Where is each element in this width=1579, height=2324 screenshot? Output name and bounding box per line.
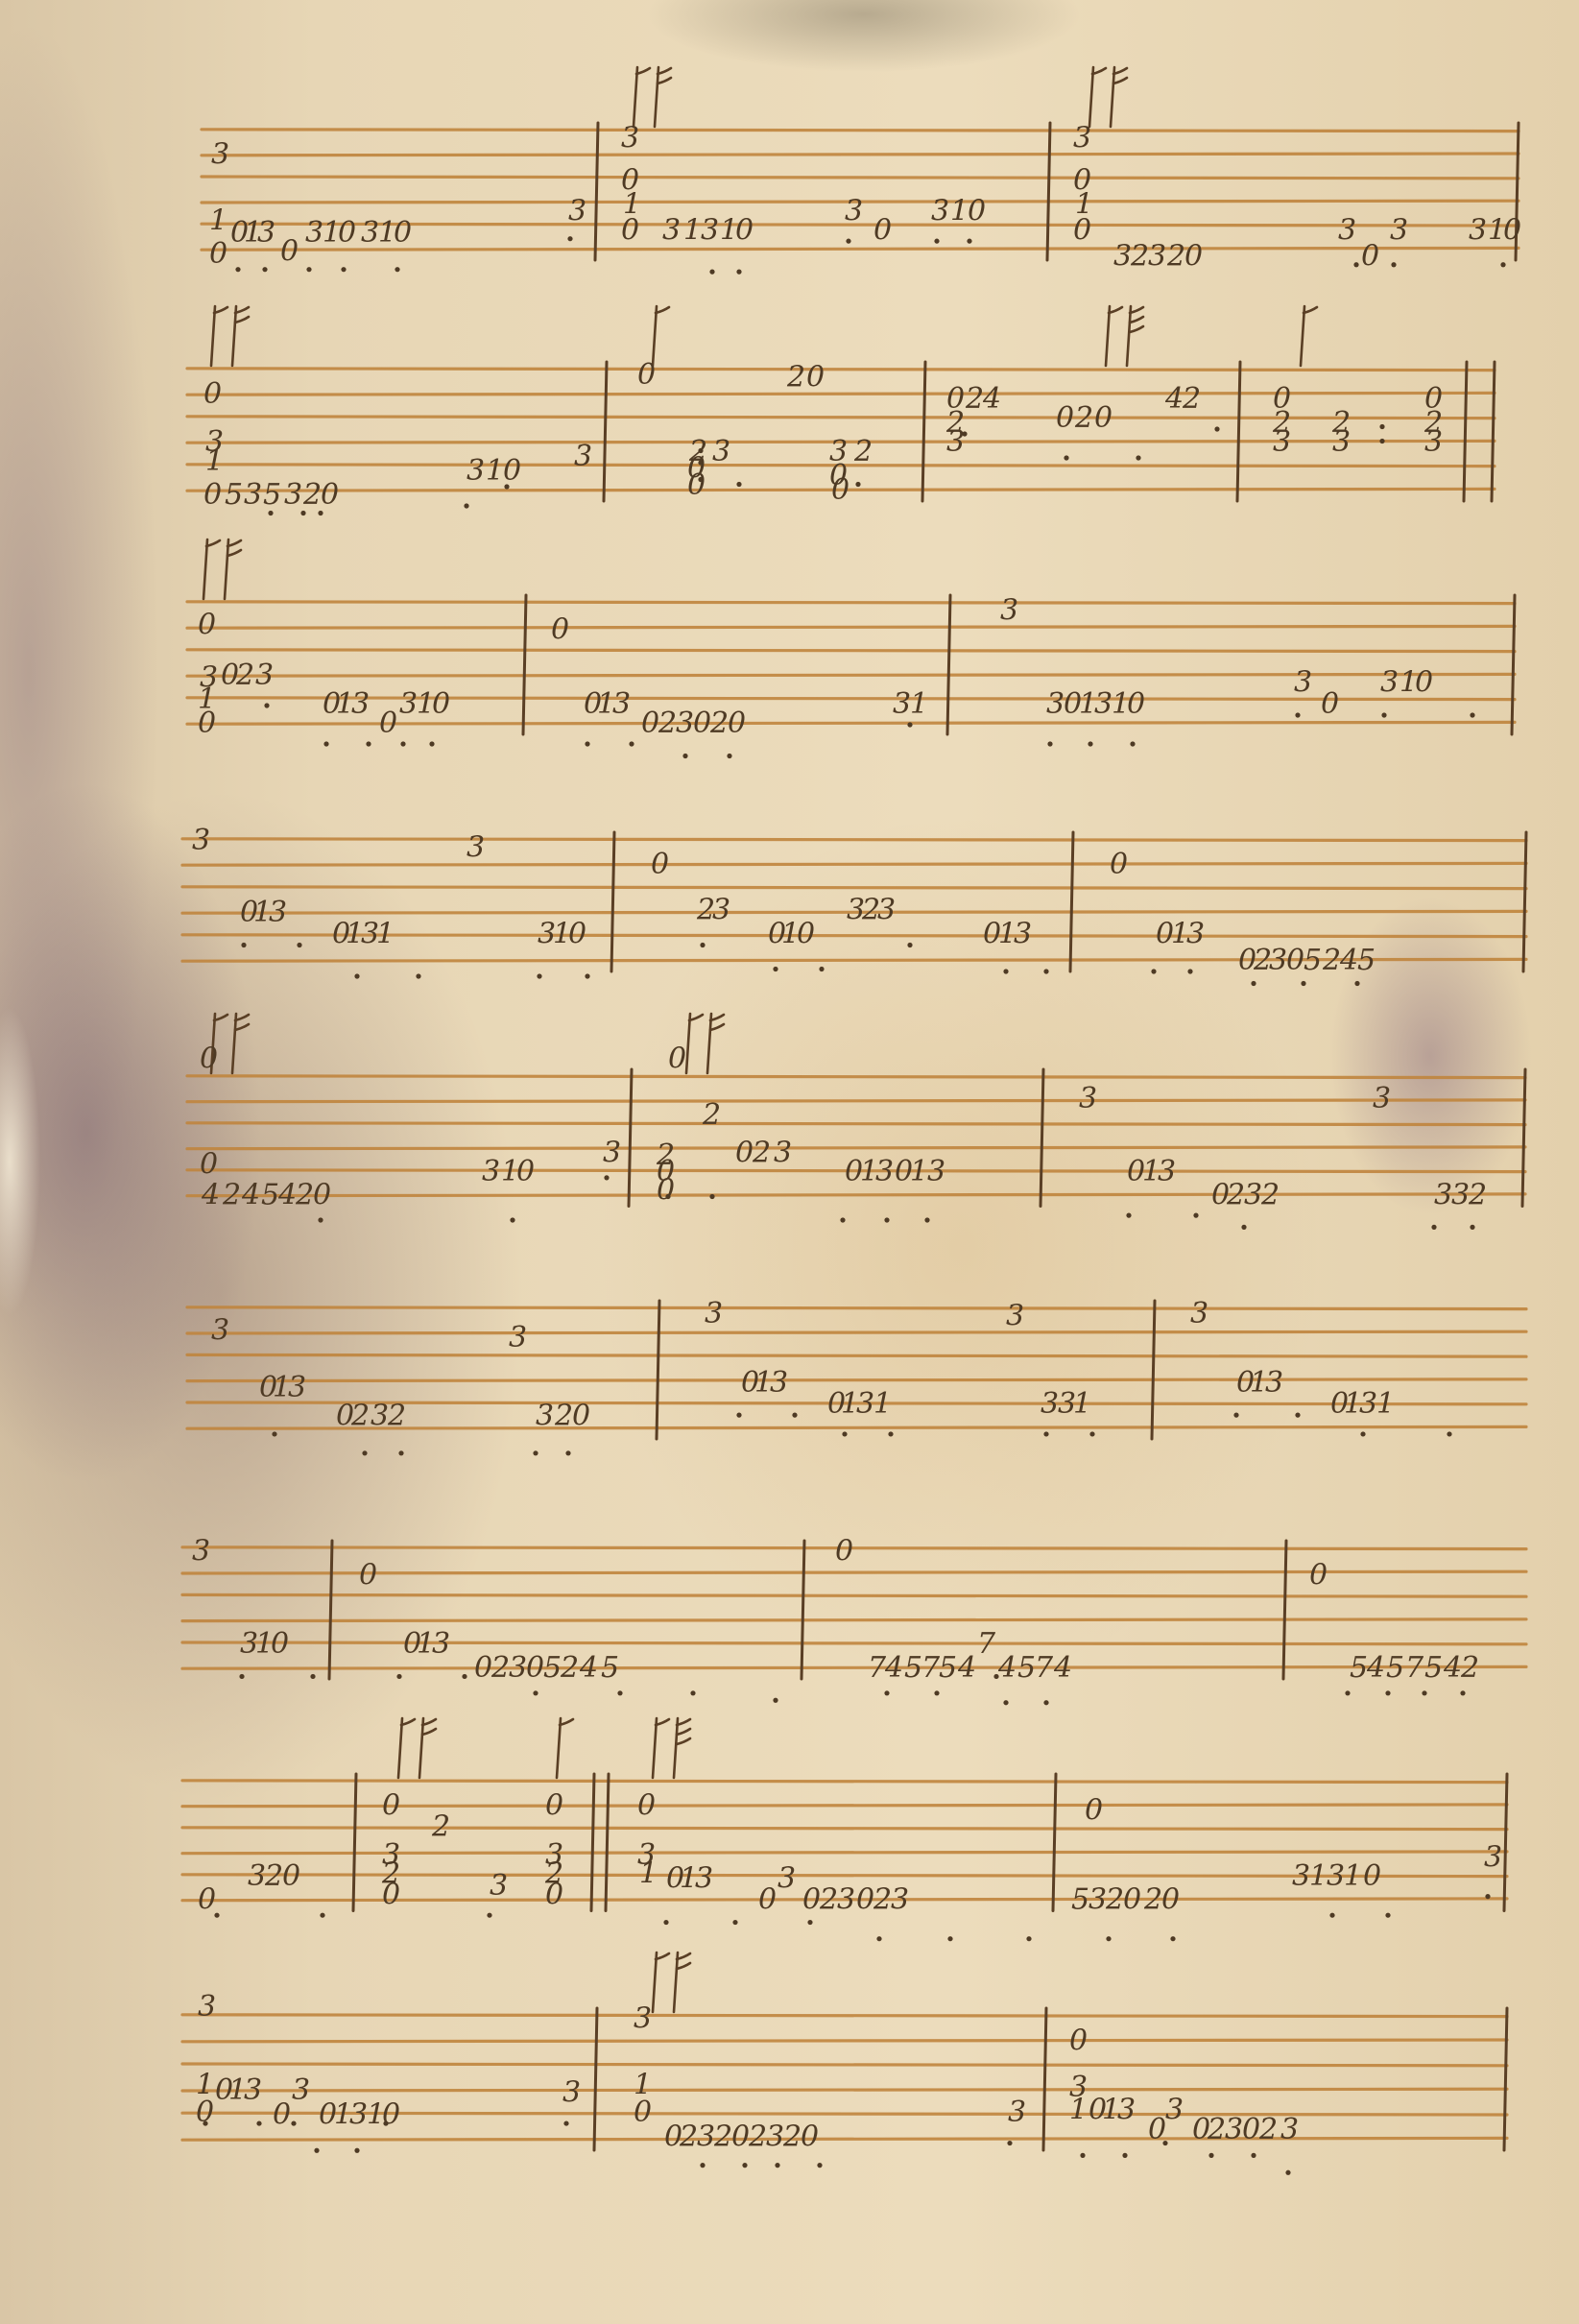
fingering-dot <box>1106 1936 1111 1941</box>
tab-system: 330130131310023010323013001302305245 <box>182 824 1526 986</box>
fret-number: 0 <box>693 707 711 740</box>
fingering-dot <box>323 741 328 746</box>
staff-line <box>182 839 1526 841</box>
fret-number: 0 <box>637 1789 656 1823</box>
fret-number: 0 <box>200 1148 218 1182</box>
fret-number: 1 <box>1344 1859 1362 1893</box>
fingering-dot <box>698 477 703 482</box>
fingering-dot <box>565 1450 570 1455</box>
fret-number: 4 <box>1164 382 1184 416</box>
manuscript-page: 3100130310310330103131030310301032320303… <box>0 0 1579 2324</box>
fret-number: 0 <box>321 478 339 512</box>
fingering-dot <box>1251 981 1256 986</box>
fret-number: 3 <box>305 216 323 250</box>
fret-number: 3 <box>244 478 262 512</box>
fret-number: 3 <box>1484 1840 1502 1874</box>
tablature-score: 3100130310310330103131030310301032320303… <box>0 0 1579 2324</box>
fret-number: 0 <box>379 707 397 740</box>
fingering-dot <box>1470 712 1474 717</box>
fingering-dot <box>934 1690 939 1695</box>
fret-number: 3 <box>837 1883 855 1917</box>
fingering-dot <box>1170 1936 1175 1941</box>
fret-number: 0 <box>198 609 216 642</box>
fret-number: 3 <box>946 425 965 459</box>
fret-number: 3 <box>1089 1883 1107 1917</box>
fret-number: 3 <box>621 121 639 155</box>
fret-number: 5 <box>1071 1883 1089 1917</box>
fret-number: 3 <box>1046 687 1065 721</box>
rhythm-flag-icon <box>1106 306 1143 366</box>
fret-number: 3 <box>770 1366 788 1400</box>
fret-number: 1 <box>873 1387 892 1421</box>
fret-number: 3 <box>1269 944 1287 977</box>
fingering-dot <box>1285 2170 1290 2175</box>
rhythm-flag-icon <box>1089 67 1127 127</box>
fret-number: 3 <box>778 1861 796 1895</box>
fret-number: 4 <box>241 1179 260 1212</box>
fingering-dot <box>1251 2153 1256 2158</box>
fret-number: 3 <box>211 138 229 172</box>
fret-number: 2 <box>1166 239 1185 273</box>
fingering-dot <box>297 943 301 947</box>
fret-number: 3 <box>467 831 485 865</box>
staff-line <box>187 698 1515 700</box>
fret-number: 5 <box>543 1651 562 1685</box>
barline <box>1283 1541 1286 1679</box>
fret-number: 3 <box>399 687 418 721</box>
fret-number: 0 <box>1242 2113 1260 2146</box>
barline <box>1504 2008 1507 2150</box>
fret-number: 0 <box>835 1534 853 1568</box>
fret-number: 0 <box>634 2096 652 2129</box>
fingering-dot <box>1379 439 1384 443</box>
staff-line <box>187 650 1515 652</box>
fret-number: 3 <box>1008 2096 1026 2129</box>
fingering-dot <box>1064 455 1068 460</box>
fingering-dot <box>1353 262 1358 267</box>
fret-number: 1 <box>950 195 969 228</box>
fret-number: 3 <box>1006 1299 1024 1332</box>
fret-number: 3 <box>1073 121 1091 155</box>
fingering-dot <box>1126 1213 1131 1218</box>
fingering-dot <box>629 741 634 746</box>
fingering-dot <box>604 1175 609 1180</box>
fret-number: 0 <box>1085 1793 1103 1827</box>
fret-number: 3 <box>248 1859 266 1893</box>
fret-number: 3 <box>269 896 287 929</box>
fingering-dot <box>1089 1431 1094 1436</box>
fret-number: 3 <box>766 2120 784 2153</box>
fret-number: 0 <box>545 1879 563 1912</box>
fret-number: 0 <box>1094 401 1112 435</box>
fingering-dot <box>1485 1894 1490 1899</box>
fingering-dot <box>884 1690 889 1695</box>
fret-number: 0 <box>1286 944 1304 977</box>
fret-number: 2 <box>222 1179 241 1212</box>
fingering-dot <box>1151 969 1156 973</box>
fingering-dot <box>947 1936 952 1941</box>
fingering-dot <box>1381 712 1386 717</box>
staff-line <box>202 154 1519 156</box>
fret-number: 0 <box>806 361 825 395</box>
fret-number: 3 <box>1158 1155 1176 1188</box>
fingering-dot <box>1214 426 1219 431</box>
fret-number: 4 <box>884 1651 903 1685</box>
staff-line <box>182 2138 1507 2140</box>
fret-number: 3 <box>1273 425 1291 459</box>
fret-number: 2 <box>302 478 322 512</box>
fret-number: 4 <box>982 382 1001 416</box>
fret-number: 0 <box>394 216 412 250</box>
fingering-dot <box>400 741 405 746</box>
fret-number: 2 <box>350 1400 370 1433</box>
fingering-dot <box>709 270 714 275</box>
fret-number: 2 <box>235 659 254 692</box>
fret-number: 0 <box>1321 687 1339 721</box>
fret-number: 1 <box>486 454 504 488</box>
barline <box>1047 123 1050 260</box>
barline <box>1523 832 1526 971</box>
staff-line <box>187 1354 1526 1356</box>
fret-number: 2 <box>1460 1651 1479 1685</box>
rhythm-flag-icon <box>211 306 249 366</box>
fingering-dot <box>1379 424 1384 429</box>
fret-number: 3 <box>1265 1366 1283 1400</box>
fingering-dot <box>1088 741 1092 746</box>
fret-number: 3 <box>351 687 370 721</box>
fret-number: 2 <box>1468 1179 1487 1212</box>
fret-number: 3 <box>1014 918 1032 951</box>
fret-number: 0 <box>209 237 227 271</box>
fingering-dot <box>1047 741 1052 746</box>
fret-number: 0 <box>968 195 986 228</box>
fingering-dot <box>1043 1431 1048 1436</box>
fret-number: 3 <box>1094 687 1112 721</box>
fingering-dot <box>1301 981 1305 986</box>
fret-number: 3 <box>490 1869 508 1903</box>
fret-number: 3 <box>774 1136 792 1169</box>
fingering-dot <box>1130 741 1135 746</box>
fret-number: 3 <box>574 440 592 473</box>
fingering-dot <box>1187 969 1192 973</box>
fret-number: 4 <box>1443 1651 1462 1685</box>
fret-number: 2 <box>819 1883 838 1917</box>
fret-number: 0 <box>313 1179 331 1212</box>
fret-number: 5 <box>1350 1651 1368 1685</box>
fret-number: 2 <box>1130 239 1149 273</box>
fingering-dot <box>310 1674 315 1679</box>
fret-number: 0 <box>831 473 849 507</box>
fingering-dot <box>1500 262 1505 267</box>
tab-system: 03100230130310001302302031330131030310 <box>187 539 1515 758</box>
staff-line <box>182 2064 1507 2066</box>
fingering-dot <box>256 2120 261 2125</box>
fret-number: 2 <box>264 1859 283 1893</box>
barline <box>947 595 950 734</box>
fret-number: 5 <box>225 478 243 512</box>
fret-number: 4 <box>957 1651 976 1685</box>
fingering-dot <box>993 1674 998 1679</box>
fingering-dot <box>533 1450 538 1455</box>
fingering-dot <box>907 943 912 947</box>
staff-line <box>187 1194 1525 1196</box>
tab-system: 33013023232033013013133130130131 <box>187 1297 1526 1455</box>
barline <box>611 832 614 971</box>
fingering-dot <box>510 1217 514 1222</box>
rhythm-flag-icon <box>398 1718 436 1778</box>
fret-number: 2 <box>560 1651 579 1685</box>
barline <box>1152 1301 1155 1439</box>
fingering-dot <box>846 239 850 244</box>
fret-number: 2 <box>1182 382 1201 416</box>
tab-system: 3100130310310330103131030310301032320303… <box>202 67 1521 275</box>
fret-number: 0 <box>382 2097 400 2131</box>
fret-number: 3 <box>1148 239 1166 273</box>
staff-line <box>187 602 1515 604</box>
fingering-dot <box>567 236 572 241</box>
staff-line <box>187 1147 1525 1149</box>
fret-number: 3 <box>634 2002 652 2036</box>
staff-line <box>182 1619 1526 1621</box>
fret-number: 2 <box>853 435 873 468</box>
fret-number: 0 <box>1056 401 1074 435</box>
barline <box>1041 1069 1043 1207</box>
fret-number: 2 <box>786 361 805 395</box>
fingering-dot <box>1295 712 1300 717</box>
barline <box>353 1774 356 1911</box>
fingering-dot <box>1162 2141 1167 2145</box>
fret-number: 4 <box>1053 1651 1072 1685</box>
fret-number: 0 <box>551 613 569 647</box>
barline <box>1237 362 1240 501</box>
fret-number: 0 <box>735 1136 754 1169</box>
fingering-dot <box>1345 1690 1350 1695</box>
fret-number: 0 <box>1123 1883 1141 1917</box>
fingering-dot <box>272 1431 276 1436</box>
fret-number: 0 <box>200 1042 218 1075</box>
fret-number: 0 <box>382 1879 400 1912</box>
fret-number: 3 <box>877 894 896 927</box>
fingering-dot <box>736 1413 741 1418</box>
fret-number: 3 <box>1434 1179 1452 1212</box>
fingering-dot <box>318 511 323 515</box>
fret-number: 0 <box>572 1400 590 1433</box>
fret-number: 3 <box>1190 1297 1208 1330</box>
fret-number: 1 <box>376 918 395 951</box>
fret-number: 0 <box>802 1883 821 1917</box>
fingering-dot <box>855 482 860 487</box>
fingering-dot <box>1431 1225 1436 1230</box>
barline <box>523 595 526 734</box>
fingering-dot <box>840 1217 845 1222</box>
fret-number: 4 <box>201 1179 220 1212</box>
fret-number: 3 <box>211 1313 229 1347</box>
staff-line <box>182 2015 1507 2017</box>
fret-number: 2 <box>1143 1883 1162 1917</box>
tab-system: 0320023203032003101303023023053202031310… <box>182 1718 1507 1941</box>
fret-number: 3 <box>284 478 302 512</box>
fret-number: 3 <box>712 435 730 468</box>
staff-line <box>202 177 1519 179</box>
fingering-dot <box>464 503 468 508</box>
barline <box>922 362 925 501</box>
tab-system: 3100130301310331002320232030310130302302… <box>182 1953 1507 2175</box>
fret-number: 2 <box>702 1098 721 1132</box>
fret-number: 1 <box>1309 1859 1328 1893</box>
fret-number: 0 <box>1309 1558 1328 1592</box>
fret-number: 3 <box>1165 2093 1184 2126</box>
fret-number: 3 <box>1000 594 1018 628</box>
barline <box>1522 1069 1525 1207</box>
fret-number: 4 <box>277 1179 297 1212</box>
staff-line <box>187 417 1495 419</box>
fingering-dot <box>362 1450 367 1455</box>
fret-number: 3 <box>845 195 863 228</box>
fingering-dot <box>318 1217 323 1222</box>
fret-number: 3 <box>1225 2113 1243 2146</box>
fret-number: 5 <box>263 478 281 512</box>
fret-number: 5 <box>1386 1651 1404 1685</box>
fret-number: 1 <box>910 687 928 721</box>
fingering-dot <box>533 1690 538 1695</box>
barline <box>1504 1774 1507 1911</box>
fret-number: 3 <box>371 1400 389 1433</box>
fingering-dot <box>214 1913 219 1918</box>
staff-line <box>182 1594 1526 1596</box>
fingering-dot <box>395 267 399 272</box>
fingering-dot <box>1003 969 1008 973</box>
fret-number: 0 <box>273 2097 291 2131</box>
fret-number: 2 <box>679 2120 698 2153</box>
fret-number: 4 <box>997 1651 1017 1685</box>
fret-number: 3 <box>1373 1082 1391 1115</box>
fingering-dot <box>1208 2153 1213 2158</box>
fingering-dot <box>585 741 589 746</box>
fret-number: 5 <box>904 1651 922 1685</box>
staff-line <box>182 1781 1507 1783</box>
fingering-dot <box>268 511 273 515</box>
fret-number: 2 <box>782 2120 801 2153</box>
fret-number: 0 <box>516 1155 535 1188</box>
fret-number: 3 <box>1079 1082 1097 1115</box>
fret-number: 3 <box>931 195 949 228</box>
fret-number: 0 <box>1184 239 1203 273</box>
staff-line <box>187 674 1515 676</box>
fret-number: 2 <box>1226 1179 1245 1212</box>
fret-number: 0 <box>735 213 754 247</box>
fret-number: 3 <box>1041 1387 1059 1421</box>
barline <box>1043 2008 1046 2150</box>
fret-number: 1 <box>1073 1387 1091 1421</box>
fret-number: 3 <box>1294 666 1312 700</box>
fret-number: 3 <box>1390 213 1408 247</box>
fret-number: 3 <box>192 824 210 857</box>
staff-line <box>182 887 1526 889</box>
fret-number: 0 <box>873 213 892 247</box>
fret-number: 3 <box>257 216 275 250</box>
fret-number: 0 <box>1069 2025 1088 2058</box>
fret-number: 1 <box>639 1857 658 1891</box>
fingering-dot <box>239 1674 244 1679</box>
fret-number: 0 <box>856 1883 874 1917</box>
fingering-dot <box>354 2148 359 2153</box>
fingering-dot <box>320 1913 324 1918</box>
fret-number: 3 <box>701 213 719 247</box>
fingering-dot <box>690 1690 695 1695</box>
fingering-dot <box>1003 1700 1008 1705</box>
fingering-dot <box>1241 1225 1246 1230</box>
fret-number: 3 <box>1380 666 1399 700</box>
fret-number: 2 <box>1260 1179 1280 1212</box>
staff-line <box>182 1547 1526 1549</box>
fret-number: 3 <box>198 1990 216 2024</box>
fret-number: 0 <box>382 1789 400 1823</box>
fret-number: 3 <box>349 2097 368 2131</box>
fret-number: 0 <box>474 1651 492 1685</box>
fingering-dot <box>924 1217 929 1222</box>
fret-number: 2 <box>752 1136 771 1169</box>
fret-number: 3 <box>695 1861 713 1895</box>
fingering-dot <box>1080 2153 1085 2158</box>
fret-number: 0 <box>641 707 659 740</box>
fret-number: 0 <box>1073 213 1091 247</box>
staff-line <box>202 130 1519 132</box>
fret-number: 0 <box>503 454 521 488</box>
fingering-dot <box>773 967 778 971</box>
fret-number: 2 <box>490 1651 510 1685</box>
fingering-dot <box>1193 1213 1198 1218</box>
fingering-dot <box>698 448 703 453</box>
fret-number: 2 <box>387 1400 406 1433</box>
fret-number: 5 <box>601 1651 619 1685</box>
fingering-dot <box>842 1431 847 1436</box>
fingering-dot <box>1385 1913 1390 1918</box>
fret-number: 3 <box>244 2073 262 2107</box>
fret-number: 7 <box>921 1651 941 1685</box>
tab-system: 331000130230524507457547457405457542 <box>182 1534 1526 1705</box>
fingering-dot <box>366 741 371 746</box>
fret-number: 5 <box>1424 1651 1443 1685</box>
barline <box>1512 595 1515 734</box>
staff-line <box>187 369 1495 371</box>
fret-number: 0 <box>198 1883 216 1917</box>
fret-number: 3 <box>292 2073 310 2107</box>
fingering-dot <box>617 1690 622 1695</box>
barline <box>594 2008 597 2150</box>
fret-number: 1 <box>1069 2093 1088 2126</box>
fret-number: 3 <box>467 454 485 488</box>
barline <box>604 362 607 501</box>
fingering-dot <box>698 460 703 465</box>
fret-number: 0 <box>1415 666 1433 700</box>
fret-number: 0 <box>668 1042 686 1075</box>
fret-number: 4 <box>1339 944 1358 977</box>
fingering-dot <box>354 973 359 978</box>
fingering-dot <box>264 703 269 707</box>
fret-number: 1 <box>209 204 227 237</box>
fret-number: 3 <box>1244 1179 1262 1212</box>
fingering-dot <box>300 511 305 515</box>
fingering-dot <box>487 1913 491 1918</box>
barline <box>801 1541 804 1679</box>
fingering-dot <box>700 2163 705 2168</box>
fret-number: 0 <box>432 687 450 721</box>
fingering-dot <box>1295 1413 1300 1418</box>
fingering-dot <box>876 1936 881 1941</box>
fret-number: 0 <box>359 1558 377 1592</box>
fingering-dot <box>736 270 741 275</box>
fret-number: 3 <box>432 1627 450 1661</box>
